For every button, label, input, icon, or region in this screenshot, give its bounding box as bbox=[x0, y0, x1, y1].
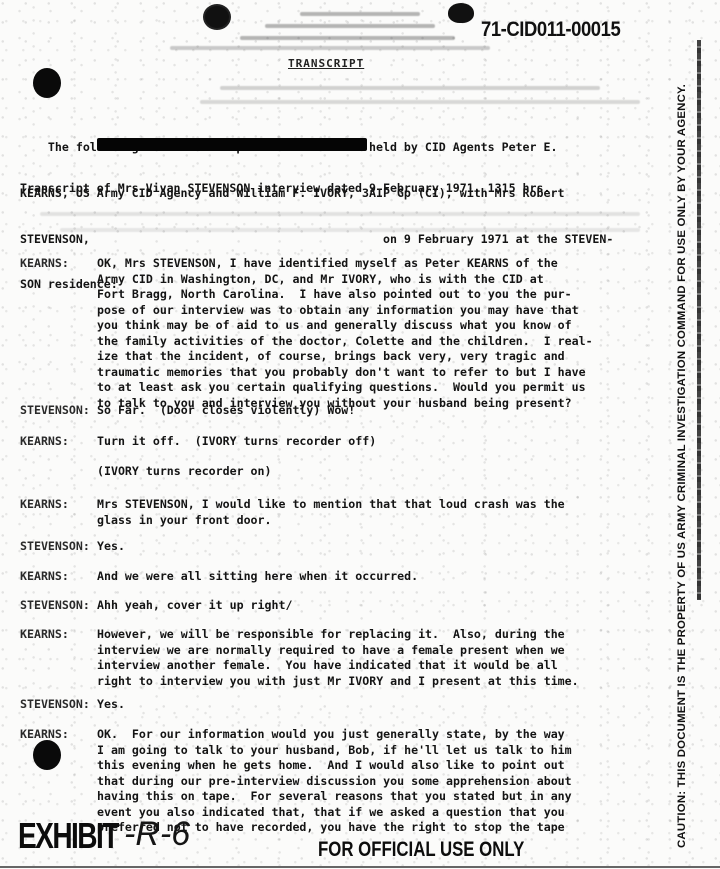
official-use-footer: FOR OFFICIAL USE ONLY bbox=[318, 838, 524, 862]
text-line: Yes. bbox=[97, 539, 125, 555]
speaker-label: KEARNS: bbox=[20, 627, 96, 641]
text-line: However, we will be responsible for repl… bbox=[97, 627, 579, 643]
text-line: OK, Mrs STEVENSON, I have identified mys… bbox=[97, 256, 593, 272]
text-line: Yes. bbox=[97, 697, 125, 713]
punch-hole-icon bbox=[448, 3, 474, 23]
speaker-text: Mrs STEVENSON, I would like to mention t… bbox=[97, 497, 565, 528]
text-line: Army CID in Washington, DC, and Mr IVORY… bbox=[97, 272, 593, 288]
speaker-label: KEARNS: bbox=[20, 727, 96, 741]
text-line: ize that the incident, of course, brings… bbox=[97, 349, 593, 365]
punch-hole-icon bbox=[33, 68, 61, 98]
text-line: pose of our interview was to obtain any … bbox=[97, 303, 593, 319]
punch-hole-icon bbox=[33, 740, 61, 770]
faded-header-text bbox=[240, 36, 455, 40]
speaker-text: So Far. (Door closes violently) Wow! bbox=[97, 403, 355, 419]
speaker-text: However, we will be responsible for repl… bbox=[97, 627, 579, 689]
speaker-label: STEVENSON: bbox=[20, 598, 96, 612]
redaction-bar bbox=[97, 138, 367, 151]
speaker-text: Yes. bbox=[97, 539, 125, 555]
exhibit-number: -R-6 bbox=[124, 815, 190, 854]
text-line: I am going to talk to your husband, Bob,… bbox=[97, 743, 572, 759]
speaker-text: And we were all sitting here when it occ… bbox=[97, 569, 418, 585]
speaker-text: (IVORY turns recorder on) bbox=[97, 464, 272, 480]
speaker-label: STEVENSON: bbox=[20, 539, 96, 553]
text-line: this evening when he gets home. And I wo… bbox=[97, 758, 572, 774]
text-line: the family activities of the doctor, Col… bbox=[97, 334, 593, 350]
document-number: 71-CID011-00015 bbox=[481, 18, 620, 42]
scanned-document-page: 71-CID011-00015 TRANSCRIPT The following… bbox=[0, 0, 720, 869]
text-line: that during our pre-interview discussion… bbox=[97, 774, 572, 790]
speaker-label: KEARNS: bbox=[20, 256, 96, 270]
speaker-label: STEVENSON: bbox=[20, 697, 96, 711]
text-line: to at least ask you certain qualifying q… bbox=[97, 380, 593, 396]
document-title: TRANSCRIPT bbox=[288, 57, 364, 70]
faded-header-text bbox=[300, 12, 420, 16]
text-line: interview another female. You have indic… bbox=[97, 658, 579, 674]
speaker-text: Ahh yeah, cover it up right/ bbox=[97, 598, 292, 614]
speaker-text: Turn it off. (IVORY turns recorder off) bbox=[97, 434, 376, 450]
text-line: glass in your front door. bbox=[97, 513, 565, 529]
text-line: Turn it off. (IVORY turns recorder off) bbox=[97, 434, 376, 450]
text-line: having this on tape. For several reasons… bbox=[97, 789, 572, 805]
text-line: OK. For our information would you just g… bbox=[97, 727, 572, 743]
faded-header-text bbox=[265, 24, 435, 28]
speaker-label: STEVENSON: bbox=[20, 403, 96, 417]
bottom-rule bbox=[0, 866, 720, 868]
speaker-label: KEARNS: bbox=[20, 569, 96, 583]
speaker-label: KEARNS: bbox=[20, 497, 96, 511]
text-line: So Far. (Door closes violently) Wow! bbox=[97, 403, 355, 419]
exhibit-stamp: EXHIBIT bbox=[18, 815, 118, 857]
intro-line: STEVENSON, on 9 February 1971 at the STE… bbox=[20, 232, 613, 247]
speaker-label: KEARNS: bbox=[20, 434, 96, 448]
punch-hole-icon bbox=[203, 4, 231, 30]
text-line: right to interview you with just Mr IVOR… bbox=[97, 674, 579, 690]
text-line: And we were all sitting here when it occ… bbox=[97, 569, 418, 585]
faded-header-text bbox=[170, 46, 490, 50]
text-line: you think may be of aid to us and genera… bbox=[97, 318, 593, 334]
text-line: Mrs STEVENSON, I would like to mention t… bbox=[97, 497, 565, 513]
margin-bar bbox=[697, 40, 701, 600]
text-line: Fort Bragg, North Carolina. I have also … bbox=[97, 287, 593, 303]
transcript-heading: Transcript of Mrs Vivan STEVENSON interv… bbox=[20, 181, 550, 196]
text-line: (IVORY turns recorder on) bbox=[97, 464, 272, 480]
text-line: Ahh yeah, cover it up right/ bbox=[97, 598, 292, 614]
speaker-text: Yes. bbox=[97, 697, 125, 713]
caution-side-text: CAUTION: THIS DOCUMENT IS THE PROPERTY O… bbox=[676, 18, 688, 848]
faded-header-text bbox=[220, 86, 600, 90]
text-line: interview we are normally required to ha… bbox=[97, 643, 579, 659]
text-line: traumatic memories that you probably don… bbox=[97, 365, 593, 381]
faded-header-text bbox=[200, 100, 640, 104]
speaker-text: OK, Mrs STEVENSON, I have identified mys… bbox=[97, 256, 593, 411]
